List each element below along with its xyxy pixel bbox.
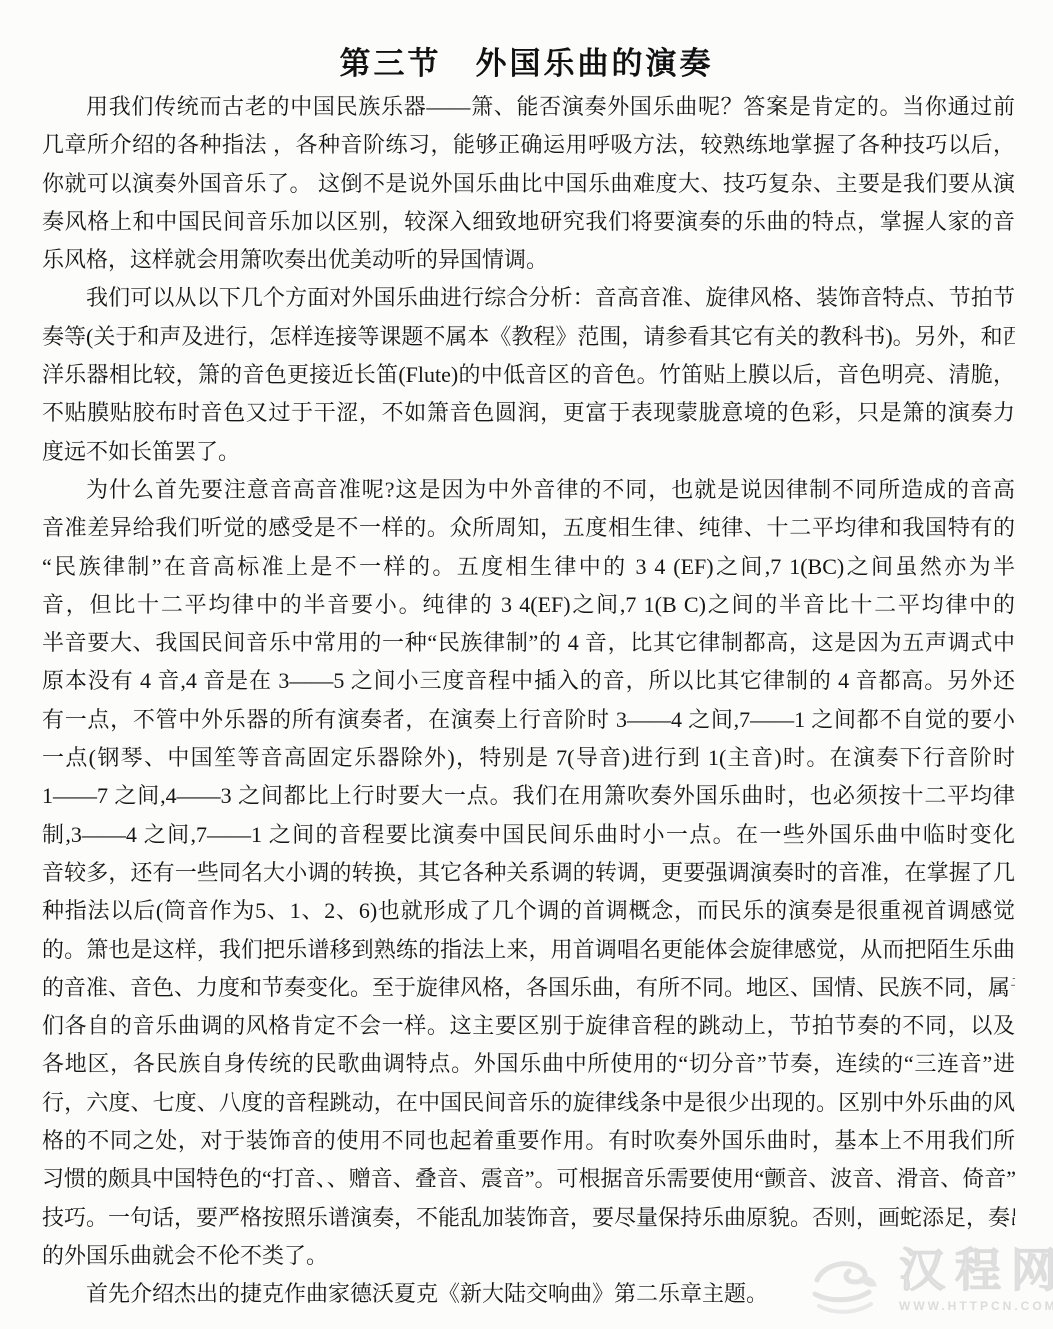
text-line: 种指法以后(筒音作为5、1、2、6)也就形成了几个调的首调概念，而民乐的演奏是很… — [42, 892, 1015, 930]
paragraph: 为什么首先要注意音高音准呢?这是因为中外音律的不同，也就是说因律制不同所造成的音… — [42, 471, 1015, 1275]
document-body: 用我们传统而古老的中国民族乐器——箫、能否演奏外国乐曲呢？答案是肯定的。当你通过… — [42, 88, 1015, 1314]
text-line: 各地区，各民族自身传统的民歌曲调特点。外国乐曲中所使用的“切分音”节奏，连续的“… — [42, 1045, 1015, 1083]
text-line: “民族律制”在音高标准上是不一样的。五度相生律中的 3 4 (EF)之间,7 1… — [42, 548, 1015, 586]
text-line: 度远不如长笛罢了。 — [42, 433, 1015, 471]
text-line: 的。箫也是这样，我们把乐谱移到熟练的指法上来，用首调唱名更能体会旋律感觉，从而把… — [42, 931, 1015, 969]
text-line: 奏等(关于和声及进行，怎样连接等课题不属本《教程》范围，请参看其它有关的教科书)… — [42, 318, 1015, 356]
page-title: 第三节 外国乐曲的演奏 — [0, 0, 1053, 83]
text-line: 有一点，不管中外乐器的所有演奏者，在演奏上行音阶时 3——4 之间,7——1 之… — [42, 701, 1015, 739]
text-line: 的音准、音色、力度和节奏变化。至于旋律风格，各国乐曲，有所不同。地区、国情、民族… — [42, 969, 1015, 1007]
text-line: 你就可以演奏外国音乐了。 这倒不是说外国乐曲比中国乐曲难度大、技巧复杂、主要是我… — [42, 165, 1015, 203]
text-line: 奏风格上和中国民间音乐加以区别，较深入细致地研究我们将要演奏的乐曲的特点，掌握人… — [42, 203, 1015, 241]
text-line: 乐风格，这样就会用箫吹奏出优美动听的异国情调。 — [42, 241, 1015, 279]
document-page: 第三节 外国乐曲的演奏 用我们传统而古老的中国民族乐器——箫、能否演奏外国乐曲呢… — [0, 0, 1053, 1329]
paragraph: 我们可以从以下几个方面对外国乐曲进行综合分析：音高音准、旋律风格、装饰音特点、节… — [42, 279, 1015, 470]
text-line: 洋乐器相比较，箫的音色更接近长笛(Flute)的中低音区的音色。竹笛贴上膜以后，… — [42, 356, 1015, 394]
text-line: 音较多，还有一些同名大小调的转换，其它各种关系调的转调，更要强调演奏时的音准，在… — [42, 854, 1015, 892]
text-line: 几章所介绍的各种指法 ，各种音阶练习，能够正确运用呼吸方法，较熟练地掌握了各种技… — [42, 126, 1015, 164]
text-line: 不贴膜贴胶布时音色又过于干涩，不如箫音色圆润，更富于表现蒙胧意境的色彩，只是箫的… — [42, 394, 1015, 432]
text-line: 格的不同之处，对于装饰音的使用不同也起着重要作用。有时吹奏外国乐曲时，基本上不用… — [42, 1122, 1015, 1160]
paragraph: 用我们传统而古老的中国民族乐器——箫、能否演奏外国乐曲呢？答案是肯定的。当你通过… — [42, 88, 1015, 279]
text-line: 行，六度、七度、八度的音程跳动，在中国民间音乐的旋律线条中是很少出现的。区别中外… — [42, 1084, 1015, 1122]
text-line: 半音要大、我国民间音乐中常用的一种“民族律制”的 4 音，比其它律制都高，这是因… — [42, 624, 1015, 662]
text-line: 制,3——4 之间,7——1 之间的音程要比演奏中国民间乐曲时小一点。在一些外国… — [42, 816, 1015, 854]
text-line: 1——7 之间,4——3 之间都比上行时要大一点。我们在用箫吹奏外国乐曲时，也必… — [42, 777, 1015, 815]
paragraph: 首先介绍杰出的捷克作曲家德沃夏克《新大陆交响曲》第二乐章主题。 — [42, 1275, 1015, 1313]
text-line: 技巧。一句话，要严格按照乐谱演奏，不能乱加装饰音，要尽量保持乐曲原貌。否则，画蛇… — [42, 1199, 1015, 1237]
text-line: 我们可以从以下几个方面对外国乐曲进行综合分析：音高音准、旋律风格、装饰音特点、节… — [42, 279, 1015, 317]
text-line: 为什么首先要注意音高音准呢?这是因为中外音律的不同，也就是说因律制不同所造成的音… — [42, 471, 1015, 509]
text-line: 们各自的音乐曲调的风格肯定不会一样。这主要区别于旋律音程的跳动上，节拍节奏的不同… — [42, 1007, 1015, 1045]
text-line: 一点(钢琴、中国笙等音高固定乐器除外)，特别是 7(导音)进行到 1(主音)时。… — [42, 739, 1015, 777]
text-line: 首先介绍杰出的捷克作曲家德沃夏克《新大陆交响曲》第二乐章主题。 — [42, 1275, 1015, 1313]
text-line: 原本没有 4 音,4 音是在 3——5 之间小三度音程中插入的音，所以比其它律制… — [42, 662, 1015, 700]
text-line: 用我们传统而古老的中国民族乐器——箫、能否演奏外国乐曲呢？答案是肯定的。当你通过… — [42, 88, 1015, 126]
text-line: 音，但比十二平均律中的半音要小。纯律的 3 4(EF)之间,7 1(B C)之间… — [42, 586, 1015, 624]
text-line: 习惯的颇具中国特色的“打音、、赠音、叠音、震音”。可根据音乐需要使用“颤音、波音… — [42, 1160, 1015, 1198]
text-line: 音准差异给我们听觉的感受是不一样的。众所周知，五度相生律、纯律、十二平均律和我国… — [42, 509, 1015, 547]
text-line: 的外国乐曲就会不伦不类了。 — [42, 1237, 1015, 1275]
